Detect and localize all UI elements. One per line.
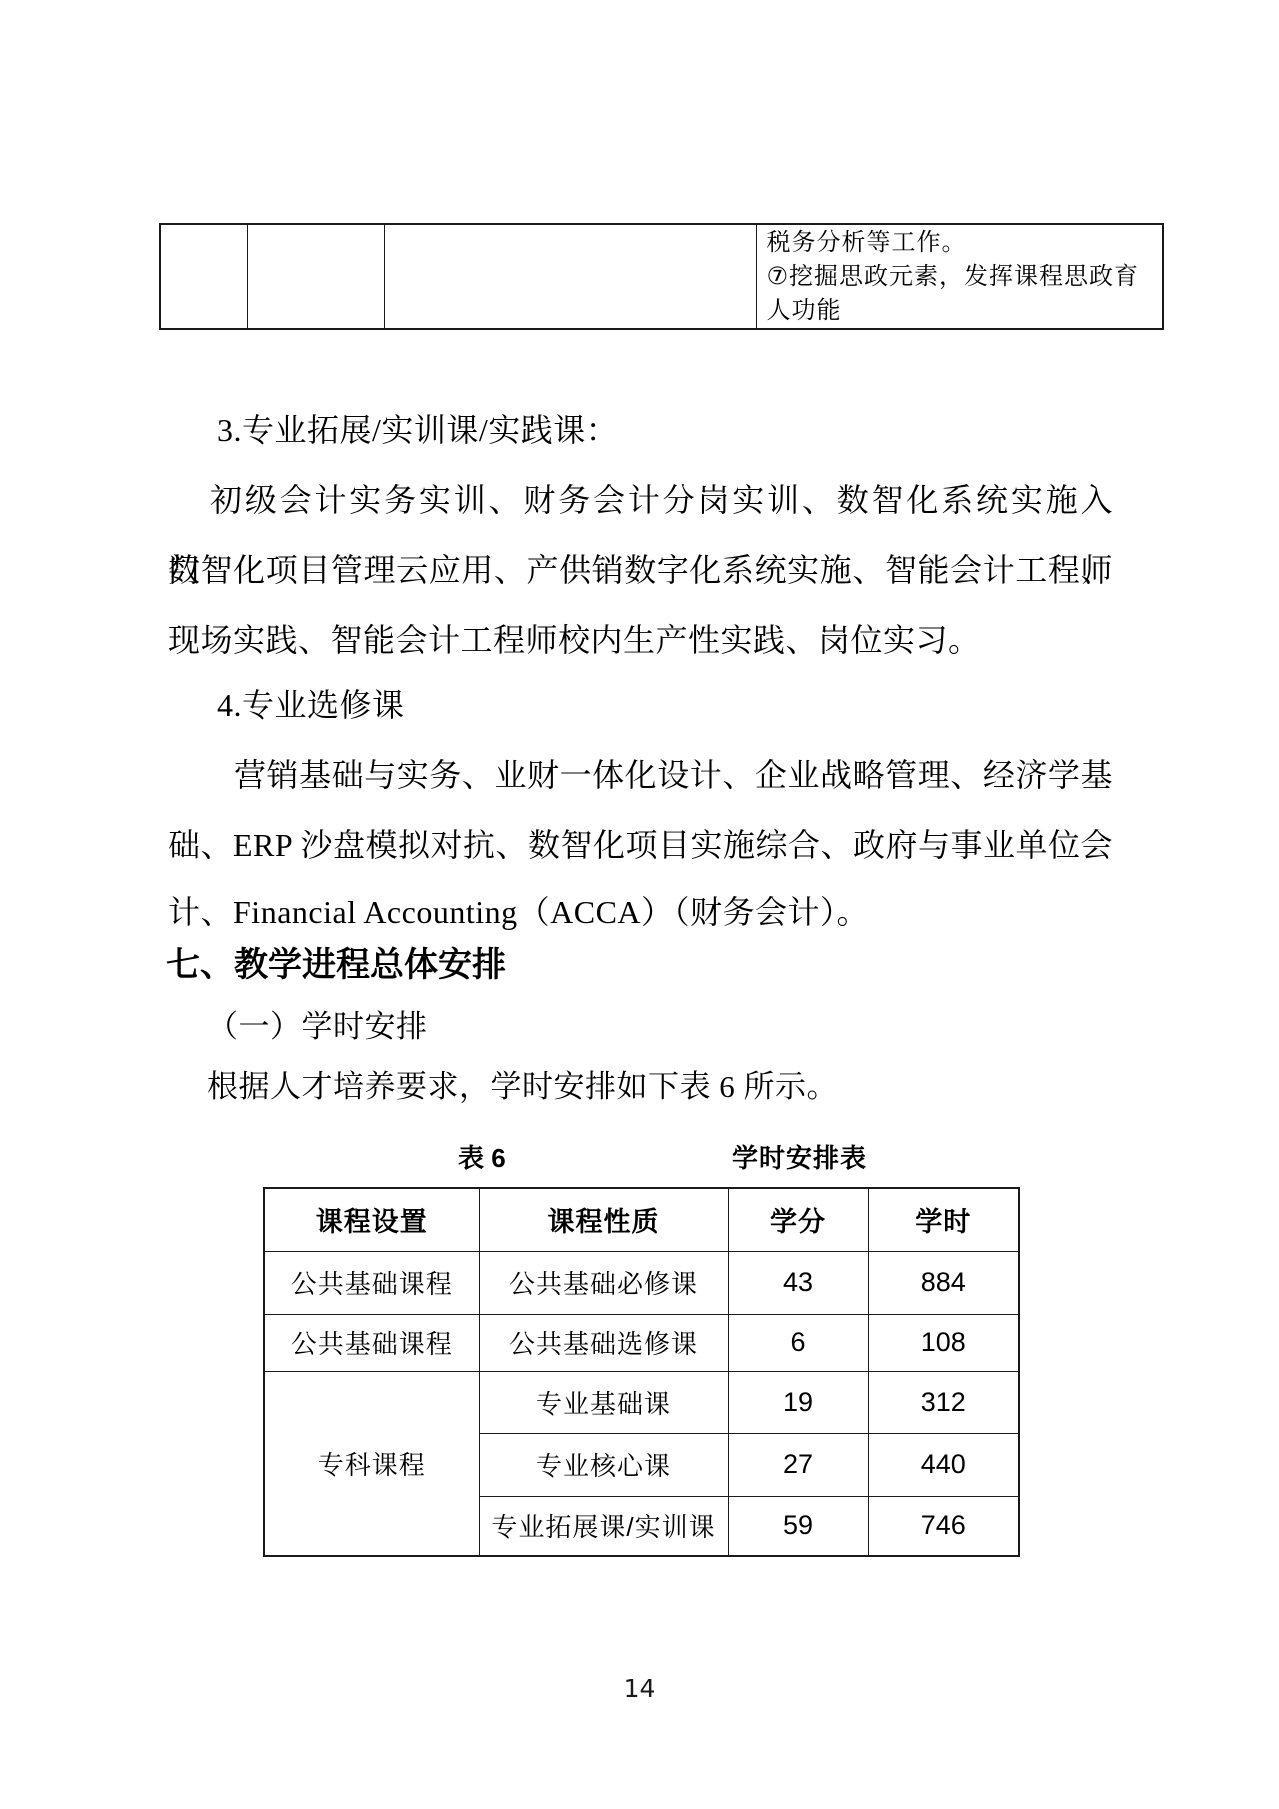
cell-hours: 108	[868, 1314, 1019, 1371]
table-row: 税务分析等工作。 ⑦挖掘思政元素，发挥课程思政育 人功能	[160, 224, 1163, 329]
paragraph-line: 础、ERP 沙盘模拟对抗、数智化项目实施综合、政府与事业单位会	[168, 810, 1113, 880]
page-number: 14	[0, 1659, 1279, 1719]
table-row: 公共基础课程 公共基础必修课 43 884	[264, 1251, 1019, 1314]
intro-line: 根据人才培养要求，学时安排如下表 6 所示。	[168, 1054, 1113, 1120]
cell-line: 人功能	[767, 294, 1157, 328]
empty-cell	[160, 224, 247, 329]
cell-credits: 27	[728, 1433, 868, 1496]
cell-line: ⑦挖掘思政元素，发挥课程思政育	[767, 260, 1157, 294]
cell-nature: 公共基础必修课	[479, 1251, 728, 1314]
section-4-heading: 4.专业选修课	[168, 670, 1113, 740]
table-cell-notes: 税务分析等工作。 ⑦挖掘思政元素，发挥课程思政育 人功能	[756, 224, 1163, 329]
cell-credits: 59	[728, 1496, 868, 1556]
cell-setting-merged: 专科课程	[264, 1371, 479, 1556]
section-3-heading: 3.专业拓展/实训课/实践课：	[168, 395, 1113, 465]
paragraph-line: 现场实践、智能会计工程师校内生产性实践、岗位实习。	[168, 605, 1113, 675]
table-row: 公共基础课程 公共基础选修课 6 108	[264, 1314, 1019, 1371]
table6-label: 表 6	[458, 1128, 506, 1188]
cell-hours: 312	[868, 1371, 1019, 1433]
continuation-table: 税务分析等工作。 ⑦挖掘思政元素，发挥课程思政育 人功能	[159, 223, 1164, 330]
paragraph-line: 营销基础与实务、业财一体化设计、企业战略管理、经济学基	[168, 740, 1113, 810]
header-credits: 学分	[728, 1188, 868, 1251]
cell-setting: 公共基础课程	[264, 1251, 479, 1314]
cell-nature: 专业拓展课/实训课	[479, 1496, 728, 1556]
empty-cell	[384, 224, 756, 329]
cell-hours: 440	[868, 1433, 1019, 1496]
paragraph-line: 初级会计实务实训、财务会计分岗实训、数智化系统实施入门、	[168, 465, 1113, 535]
cell-nature: 公共基础选修课	[479, 1314, 728, 1371]
chapter-heading: 七、教学进程总体安排	[166, 930, 1111, 1000]
table6-title: 学时安排表	[732, 1128, 867, 1188]
header-course-setting: 课程设置	[264, 1188, 479, 1251]
cell-nature: 专业基础课	[479, 1371, 728, 1433]
cell-hours: 884	[868, 1251, 1019, 1314]
table-header-row: 课程设置 课程性质 学分 学时	[264, 1188, 1019, 1251]
empty-cell	[247, 224, 384, 329]
document-page: 税务分析等工作。 ⑦挖掘思政元素，发挥课程思政育 人功能 3.专业拓展/实训课/…	[0, 0, 1279, 1809]
cell-setting: 公共基础课程	[264, 1314, 479, 1371]
cell-credits: 43	[728, 1251, 868, 1314]
sub-heading: （一）学时安排	[168, 994, 1113, 1060]
cell-line: 税务分析等工作。	[767, 226, 1157, 260]
cell-nature: 专业核心课	[479, 1433, 728, 1496]
cell-credits: 19	[728, 1371, 868, 1433]
header-course-nature: 课程性质	[479, 1188, 728, 1251]
paragraph-line: 数智化项目管理云应用、产供销数字化系统实施、智能会计工程师	[168, 535, 1113, 605]
hours-arrangement-table: 课程设置 课程性质 学分 学时 公共基础课程 公共基础必修课 43 884 公共…	[263, 1187, 1020, 1557]
header-hours: 学时	[868, 1188, 1019, 1251]
cell-hours: 746	[868, 1496, 1019, 1556]
table-row: 专科课程 专业基础课 19 312	[264, 1371, 1019, 1433]
cell-credits: 6	[728, 1314, 868, 1371]
table6-caption: 表 6 学时安排表	[0, 1128, 1279, 1188]
